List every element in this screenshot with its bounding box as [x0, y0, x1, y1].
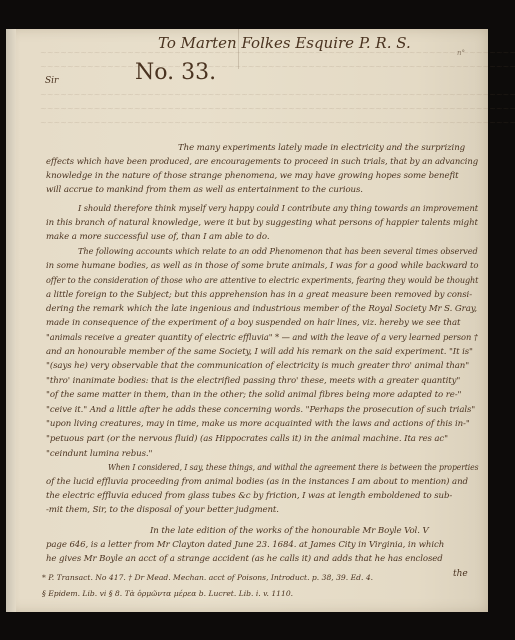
- corner-mark: n°: [457, 49, 465, 57]
- text-line: I should therefore think myself very hap…: [78, 204, 478, 214]
- letter-heading: To Marten Folkes Esquire P. R. S.: [158, 34, 411, 52]
- text-line: When I considered, I say, these things, …: [108, 463, 478, 473]
- letter-number: No. 33.: [135, 60, 216, 85]
- bleed-through-text: ~~~~~~~~~~~~~~~~~~~~~~~~~~~~~~~~~~~~~~~~…: [40, 104, 515, 113]
- text-line: and an honourable member of the same Soc…: [46, 347, 473, 357]
- text-line: knowledge in the nature of those strange…: [46, 171, 459, 181]
- text-line: "animals receive a greater quantity of e…: [46, 333, 478, 343]
- salutation: Sir: [45, 76, 58, 86]
- catchword: the: [453, 569, 468, 579]
- text-line: in this branch of natural knowledge, wer…: [46, 218, 478, 228]
- text-line: "of the same matter in them, than in the…: [46, 390, 461, 400]
- text-line: the electric effluvia educed from glass …: [46, 491, 452, 501]
- text-line: a little foreign to the Subject; but thi…: [46, 290, 472, 300]
- text-line: dering the remark which the late ingenio…: [46, 304, 477, 314]
- text-line: page 646, is a letter from Mr Clayton da…: [46, 540, 444, 550]
- text-line: make a more successful use of, than I am…: [46, 232, 269, 242]
- text-line: "(says he) very observable that the comm…: [46, 361, 469, 371]
- text-line: The many experiments lately made in elec…: [178, 143, 465, 153]
- text-line: offer to the consideration of those who …: [46, 276, 478, 286]
- footnote-line: * P. Transact. No 417. † Dr Mead. Mechan…: [42, 573, 373, 582]
- text-line: In the late edition of the works of the …: [150, 526, 429, 536]
- text-line: "ceindunt lumina rebus.": [46, 449, 152, 459]
- text-line: made in consequence of the experiment of…: [46, 318, 460, 328]
- text-line: in some humane bodies, as well as in tho…: [46, 261, 478, 271]
- text-line: of the lucid effluvia proceeding from an…: [46, 477, 468, 487]
- text-line: he gives Mr Boyle an acct of a strange a…: [46, 554, 443, 564]
- text-line: The following accounts which relate to a…: [78, 247, 478, 257]
- bleed-through-text: ~~~~~~~~~~~~~~~~~~~~~~~~~~~~~~~~~~~~~~~~…: [40, 62, 515, 71]
- bleed-through-text: ~~~~~~~~~~~~~~~~~~~~~~~~~~~~~~~~~~~~~~~~…: [40, 118, 515, 127]
- text-line: will accrue to mankind from them as well…: [46, 185, 363, 195]
- text-line: "thro' inanimate bodies: that is the ele…: [46, 376, 460, 386]
- text-line: "petuous part (or the nervous fluid) (as…: [46, 434, 448, 444]
- text-line: -mit them, Sir, to the disposal of your …: [46, 505, 279, 515]
- footnote-line: § Epidem. Lib. vi § 8. Τὰ ὁρμῶντα μέρεα …: [42, 589, 293, 598]
- text-line: "upon living creatures, may in time, mak…: [46, 419, 470, 429]
- bleed-through-text: ~~~~~~~~~~~~~~~~~~~~~~~~~~~~~~~~~~~~~~~~…: [40, 90, 515, 99]
- text-line: effects which have been produced, are en…: [46, 157, 478, 167]
- text-line: "ceive it." And a little after he adds t…: [46, 405, 475, 415]
